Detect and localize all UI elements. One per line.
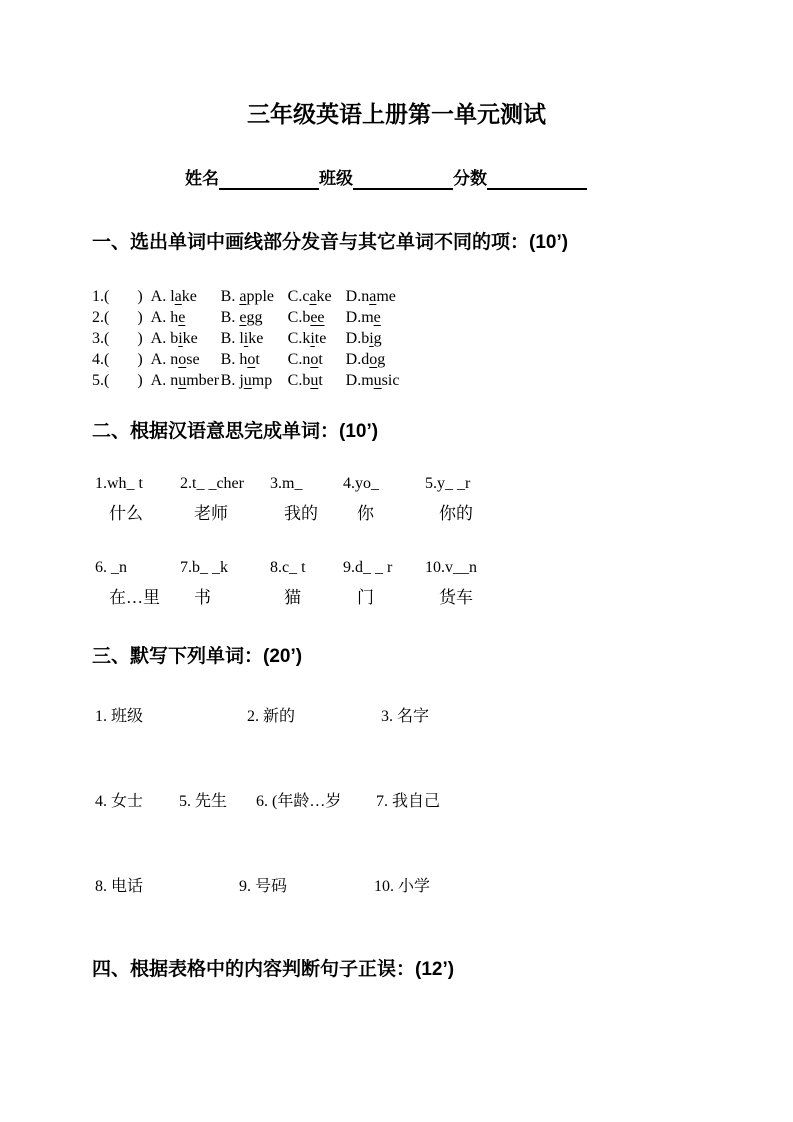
chinese-meaning: 老师 [180,503,270,524]
word-cell: 9.d_ _ r门 [343,557,425,608]
phonics-question-line: 2.()A. heB. eggC.beeD.me [92,307,793,328]
option: B. jump [221,370,288,391]
word-part: sic [382,372,400,389]
options-group: A. noseB. hotC.notD.dog [151,351,386,368]
name-blank-line [219,171,319,190]
word-cell: 5.y_ _r你的 [425,473,473,524]
word-cell: 2.t_ _cher老师 [180,473,270,524]
option: B. apple [221,286,288,307]
english-word-blank: 2.t_ _cher [180,473,270,494]
option: A. bike [151,328,221,349]
question-number: 5.( [92,370,109,391]
chinese-meaning: 在…里 [95,587,180,608]
score-field-label: 分数 [453,169,487,188]
option-label: B. [221,309,240,326]
phonics-question-list: 1.()A. lakeB. appleC.cakeD.name 2.()A. h… [92,286,793,391]
phonics-question-line: 3.()A. bikeB. likeC.kiteD.big [92,328,793,349]
word-cell: 7.b_ _k书 [180,557,270,608]
word-part: pple [246,288,274,305]
dictation-item: 1. 班级 [95,706,247,727]
english-word-blank: 8.c_ t [270,557,343,578]
word-part: m [361,309,373,326]
option-label: C. [288,330,303,347]
english-word-blank: 7.b_ _k [180,557,270,578]
option: B. like [221,328,288,349]
english-word-blank: 3.m_ [270,473,343,494]
student-info-line: 姓名班级分数 [185,167,793,190]
option: A. number [151,370,221,391]
close-paren: ) [137,349,142,370]
chinese-meaning: 你的 [425,503,473,524]
options-group: A. bikeB. likeC.kiteD.big [151,330,382,347]
underlined-letter: u [244,372,252,389]
question-number: 2.( [92,307,109,328]
english-word-blank: 1.wh_ t [95,473,180,494]
underlined-letter: a [309,288,316,305]
section-four-heading: 四、根据表格中的内容判断句子正误：(12’) [92,957,793,983]
underlined-letter: a [175,288,182,305]
word-cell: 1.wh_ t什么 [95,473,180,524]
word-part: ke [317,288,332,305]
word-part: t [255,351,259,368]
underlined-letter: e [374,309,381,326]
dictation-row-3: 8. 电话9. 号码10. 小学 [95,876,793,897]
dictation-item: 6. (年龄…岁 [256,791,376,812]
word-part: gg [246,309,262,326]
phonics-question-line: 4.()A. noseB. hotC.notD.dog [92,349,793,370]
close-paren: ) [137,286,142,307]
option-label: C. [288,372,303,389]
page-title: 三年级英语上册第一单元测试 [0,0,793,130]
dictation-item: 10. 小学 [374,876,430,897]
dictation-item: 9. 号码 [239,876,374,897]
option: A. he [151,307,221,328]
word-completion-row-2: 6. _n在…里7.b_ _k书8.c_ t猫9.d_ _ r门10.v__n货… [95,557,793,608]
question-number: 1.( [92,286,109,307]
section-two-heading: 二、根据汉语意思完成单词：(10’) [92,419,793,445]
option: C.cake [288,286,346,307]
dictation-item: 2. 新的 [247,706,381,727]
chinese-meaning: 货车 [425,587,477,608]
option: C.bee [288,307,346,328]
option-label: B. [221,372,240,389]
word-part: m [361,372,373,389]
chinese-meaning: 门 [343,587,425,608]
english-word-blank: 6. _n [95,557,180,578]
dictation-row-1: 1. 班级2. 新的3. 名字 [95,706,793,727]
option-label: D. [346,330,362,347]
option: B. hot [221,349,288,370]
phonics-question-line: 5.()A. numberB. jumpC.butD.music [92,370,793,391]
word-part: te [315,330,327,347]
word-cell: 8.c_ t猫 [270,557,343,608]
option: D.big [346,328,382,349]
option: C.not [288,349,346,370]
option: D.me [346,307,381,328]
option-label: D. [346,288,362,305]
word-part: t [318,372,322,389]
word-part: me [376,288,396,305]
word-part: t [318,351,322,368]
option-label: D. [346,309,362,326]
word-cell: 3.m_我的 [270,473,343,524]
option-label: B. [221,351,240,368]
test-paper-page: 三年级英语上册第一单元测试 姓名班级分数 一、选出单词中画线部分发音与其它单词不… [0,0,793,1122]
chinese-meaning: 什么 [95,503,180,524]
option-label: D. [346,351,362,368]
underlined-letter: e [178,309,185,326]
close-paren: ) [137,328,142,349]
options-group: A. lakeB. appleC.cakeD.name [151,288,396,305]
dictation-item: 3. 名字 [381,706,429,727]
option-label: A. [151,351,171,368]
english-word-blank: 9.d_ _ r [343,557,425,578]
option-label: B. [221,288,240,305]
close-paren: ) [137,307,142,328]
option-label: A. [151,330,171,347]
option-label: A. [151,309,171,326]
word-part: ke [182,288,197,305]
word-cell: 10.v__n货车 [425,557,477,608]
option: B. egg [221,307,288,328]
dictation-row-2: 4. 女士5. 先生6. (年龄…岁7. 我自己 [95,791,793,812]
score-blank-line [487,171,587,190]
option: D.music [346,370,400,391]
option: A. lake [151,286,221,307]
option-label: D. [346,372,362,389]
word-part: mp [252,372,272,389]
word-part: mber [186,372,219,389]
close-paren: ) [137,370,142,391]
options-group: A. numberB. jumpC.butD.music [151,372,400,389]
options-group: A. heB. eggC.beeD.me [151,309,381,326]
chinese-meaning: 猫 [270,587,343,608]
option: D.name [346,286,396,307]
option: C.but [288,370,346,391]
option-label: B. [221,330,240,347]
option: A. nose [151,349,221,370]
question-number: 3.( [92,328,109,349]
underlined-letter: ee [310,309,324,326]
english-word-blank: 10.v__n [425,557,477,578]
chinese-meaning: 你 [343,503,425,524]
option-label: C. [288,288,303,305]
option-label: C. [288,309,303,326]
class-field-label: 班级 [319,169,353,188]
dictation-item: 4. 女士 [95,791,179,812]
name-field-label: 姓名 [185,169,219,188]
section-three-heading: 三、默写下列单词：(20’) [92,644,793,670]
word-part: g [374,330,382,347]
option-label: C. [288,351,303,368]
word-cell: 4.yo_你 [343,473,425,524]
word-part: se [186,351,199,368]
dictation-item: 8. 电话 [95,876,239,897]
option: C.kite [288,328,346,349]
chinese-meaning: 我的 [270,503,343,524]
underlined-letter: u [374,372,382,389]
english-word-blank: 4.yo_ [343,473,425,494]
word-part: ke [183,330,198,347]
option: D.dog [346,349,386,370]
word-part: g [377,351,385,368]
option-label: A. [151,372,171,389]
english-word-blank: 5.y_ _r [425,473,473,494]
word-part: ke [248,330,263,347]
word-cell: 6. _n在…里 [95,557,180,608]
dictation-item: 5. 先生 [179,791,256,812]
phonics-question-line: 1.()A. lakeB. appleC.cakeD.name [92,286,793,307]
word-completion-row-1: 1.wh_ t什么2.t_ _cher老师3.m_我的4.yo_你5.y_ _r… [95,473,793,524]
option-label: A. [151,288,171,305]
chinese-meaning: 书 [180,587,270,608]
dictation-item: 7. 我自己 [376,791,440,812]
section-one-heading: 一、选出单词中画线部分发音与其它单词不同的项：(10’) [92,230,793,256]
question-number: 4.( [92,349,109,370]
class-blank-line [353,171,453,190]
